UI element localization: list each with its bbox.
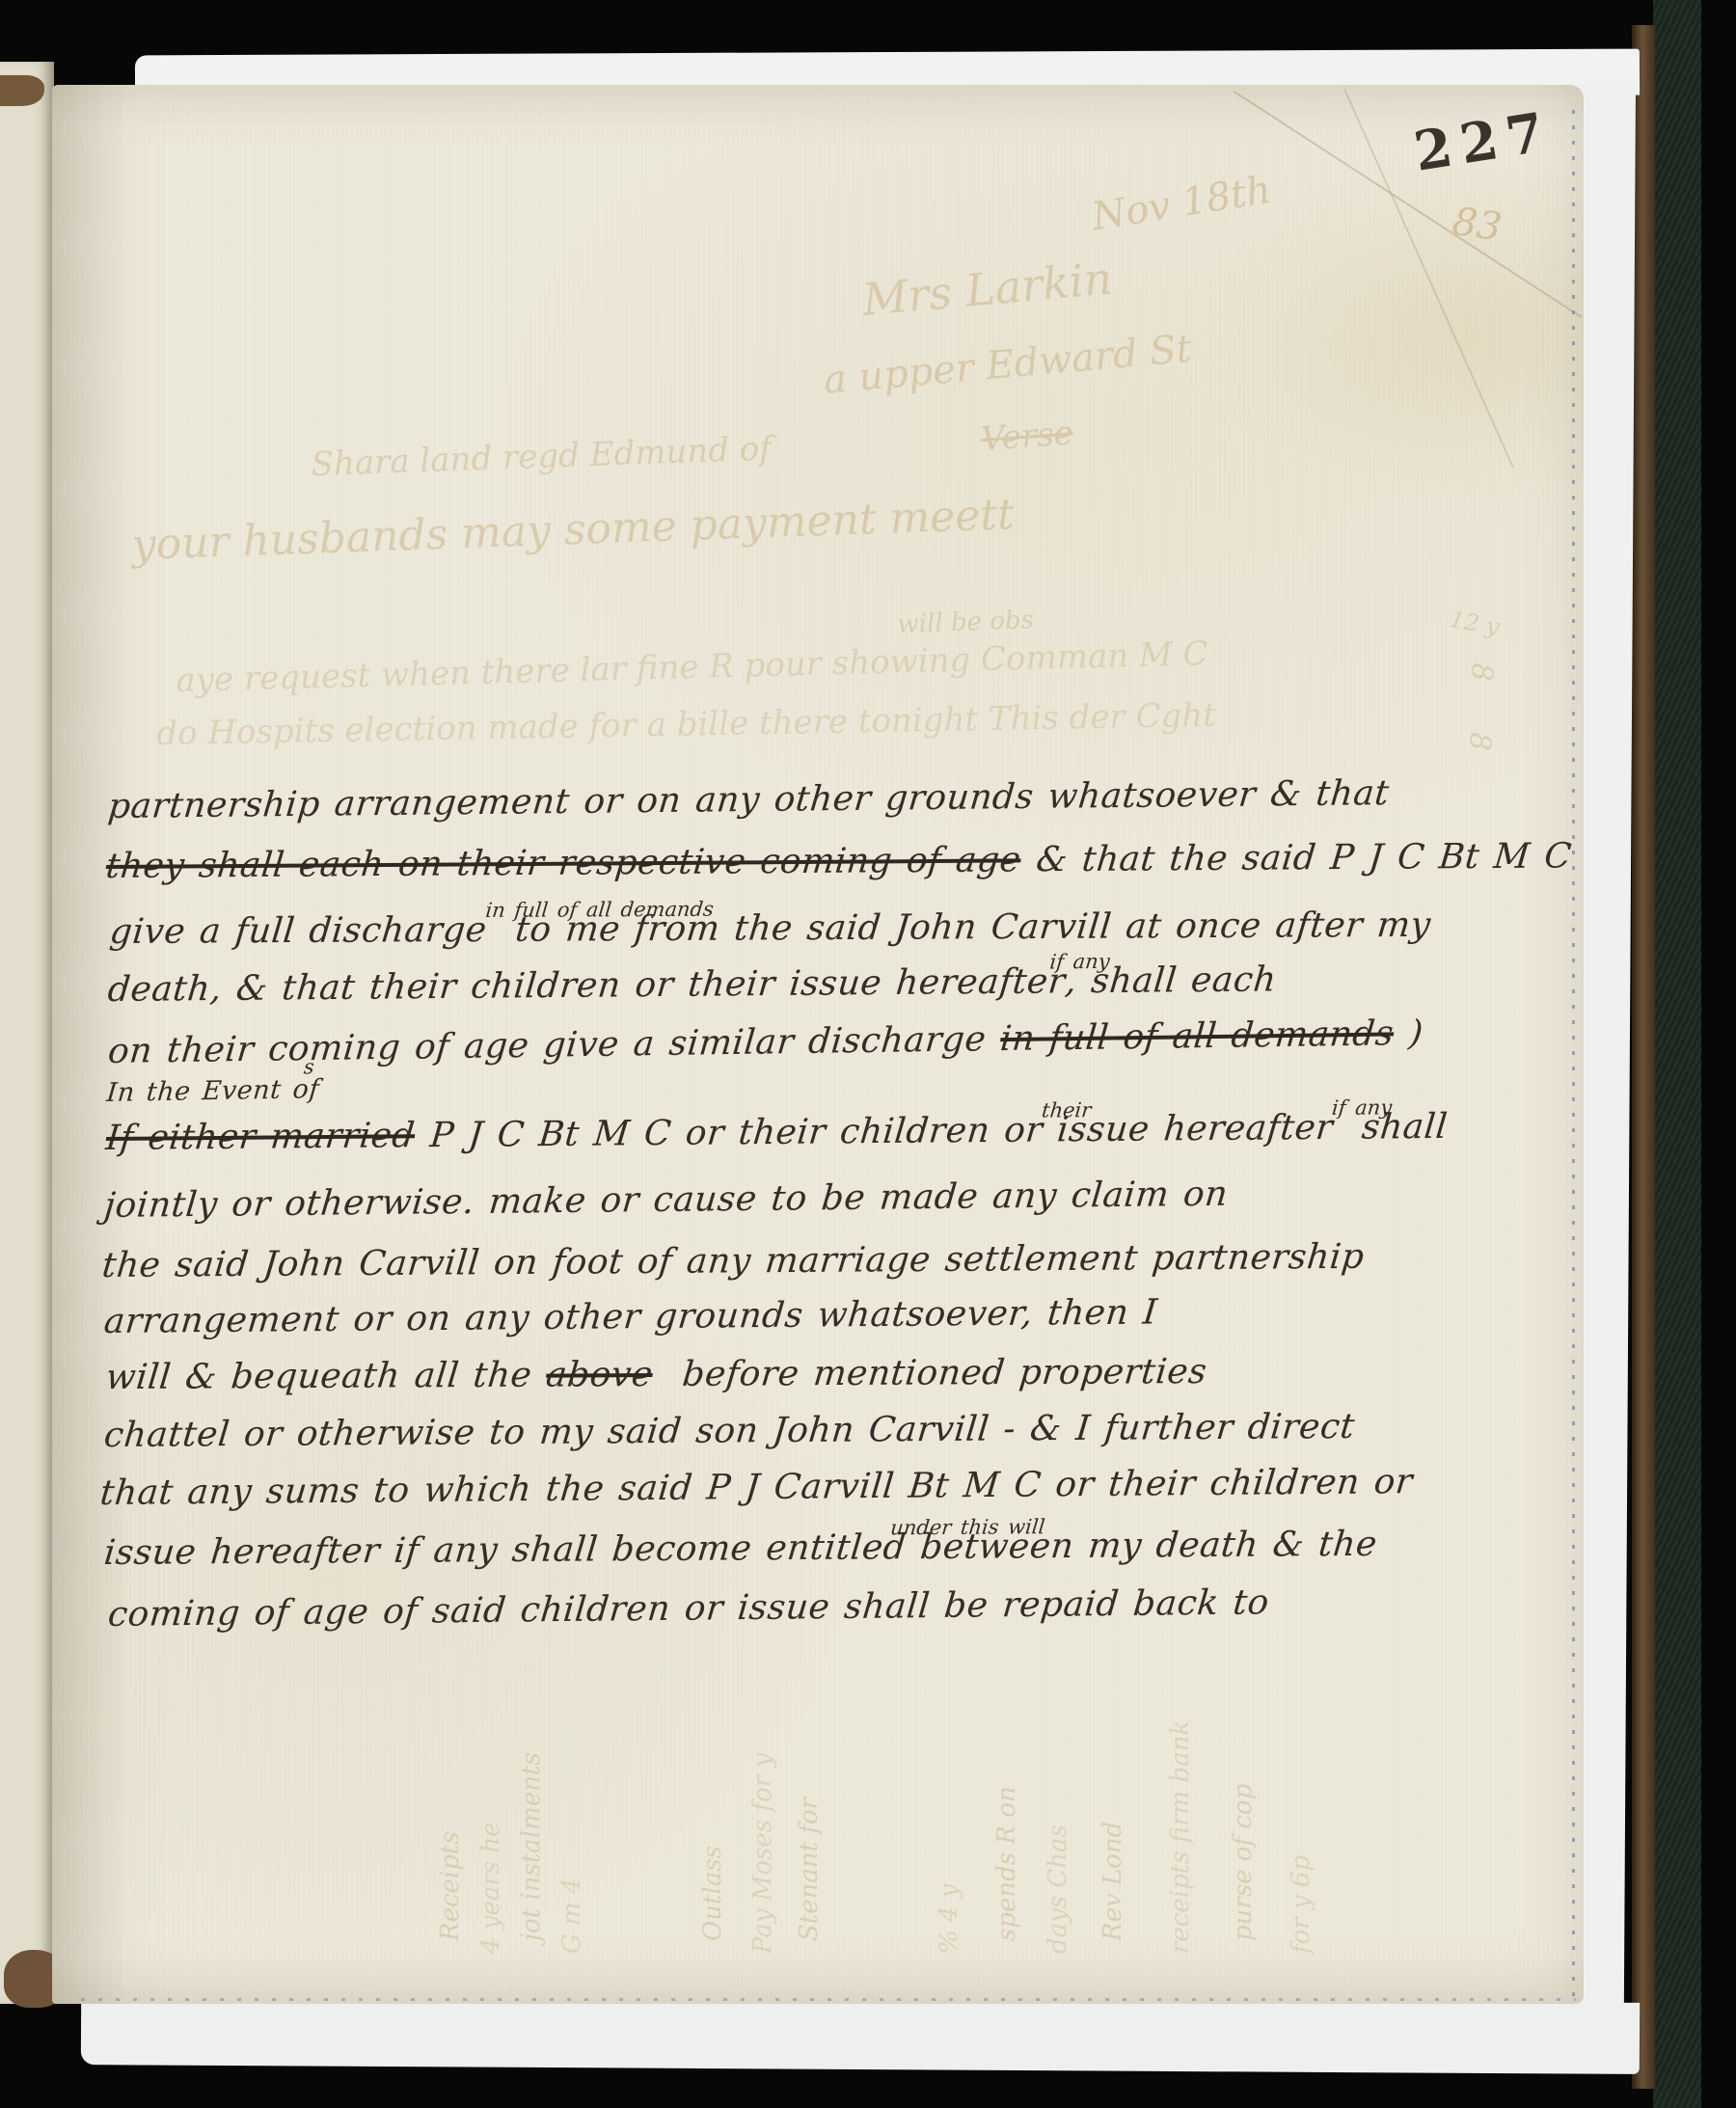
- vertical-bleedthrough-fragment: Receipts: [436, 1831, 465, 1941]
- vertical-bleedthrough-fragment: days Chas: [1044, 1824, 1072, 1954]
- manuscript-line: jointly or otherwise. make or cause to b…: [102, 1175, 1230, 1226]
- manuscript-text: will & bequeath all the: [104, 1356, 548, 1397]
- manuscript-text: coming of age of said children or issue …: [106, 1582, 1271, 1635]
- manuscript-line: If either marriedP J C Bt M C or their c…: [104, 1107, 1450, 1158]
- underpage-edge-bottom: [81, 1993, 1640, 2074]
- vertical-bleedthrough-fragment: jot instalments: [517, 1752, 546, 1941]
- manuscript-text: death, & that their children or their is…: [106, 961, 1067, 1010]
- manuscript-text: that any sums to which the said P J Carv…: [98, 1462, 1415, 1513]
- struck-through-text: If either married: [104, 1116, 417, 1158]
- manuscript-text: issue hereafter if any shall become enti…: [102, 1527, 908, 1573]
- struck-through-text: above: [544, 1355, 654, 1395]
- manuscript-line: the said John Carvill on foot of any mar…: [100, 1237, 1366, 1285]
- manuscript-text: ): [1407, 1013, 1424, 1053]
- manuscript-text: before mentioned properties: [666, 1352, 1209, 1394]
- manuscript-line: coming of age of said children or issue …: [106, 1582, 1271, 1635]
- book-cover-edge: [1653, 0, 1701, 2108]
- bleedthrough-line: aye request when there lar fine R pour s…: [176, 635, 1208, 700]
- margin-bleedthrough-mark: 8: [1462, 732, 1497, 751]
- blue-stitch-line-bottom: [81, 1998, 1576, 2001]
- manuscript-line: issue hereafter if any shall become enti…: [102, 1525, 1379, 1573]
- vertical-bleedthrough-fragment: Stenant for: [795, 1797, 824, 1941]
- manuscript-text: partnership arrangement or on any other …: [106, 773, 1391, 826]
- manuscript-line: death, & that their children or their is…: [106, 959, 1278, 1010]
- manuscript-line: they shall each on their respective comi…: [104, 836, 1574, 886]
- manuscript-text: & that the said P J C Bt M C: [1034, 836, 1573, 879]
- manuscript-line: that any sums to which the said P J Carv…: [98, 1462, 1415, 1513]
- bleedthrough-line: will be obs: [897, 606, 1034, 639]
- vertical-bleedthrough-fragment: purse of cop: [1229, 1784, 1258, 1941]
- margin-bleedthrough-mark: 12 y: [1448, 606, 1502, 641]
- underpage-edge-left: [0, 62, 54, 2004]
- manuscript-line: chattel or otherwise to my said son John…: [102, 1407, 1357, 1455]
- manuscript-line: give a full discharge in full of all dem…: [108, 905, 1433, 952]
- bleedthrough-line: do Hospits election made for a bille the…: [156, 696, 1216, 753]
- struck-through-text: in full of all demands: [998, 1013, 1395, 1059]
- struck-through-text: they shall each on their respective comi…: [104, 840, 1022, 886]
- manuscript-text: on their coming of age give a similar di…: [106, 1019, 1002, 1071]
- pencil-note: 83: [1450, 200, 1505, 251]
- faded-address-line: a upper Edward St: [822, 327, 1193, 403]
- vertical-bleedthrough-fragment: for y 6p: [1287, 1855, 1316, 1954]
- page-number-stamp: 227: [1410, 99, 1557, 184]
- manuscript-line: will & bequeath all the above before men…: [104, 1352, 1208, 1397]
- manuscript-line: In the Event ofs: [105, 1074, 320, 1108]
- book-scan: 227 83 Nov 18th Mrs Larkin a upper Edwar…: [0, 0, 1736, 2108]
- manuscript-text: give a full discharge: [108, 910, 503, 952]
- manuscript-text: chattel or otherwise to my said son John…: [102, 1407, 1357, 1455]
- manuscript-text: issue hereafter: [1055, 1108, 1349, 1150]
- manuscript-line: partnership arrangement or on any other …: [106, 773, 1391, 826]
- vertical-bleedthrough-fragment: Outlass: [698, 1846, 727, 1941]
- margin-bleedthrough-mark: 8: [1464, 662, 1499, 682]
- faded-date-line: Nov 18th: [1089, 168, 1274, 240]
- manuscript-text: the said John Carvill on foot of any mar…: [100, 1237, 1366, 1285]
- bleedthrough-line: your husbands may some payment meett: [131, 490, 1015, 570]
- binding-sliver-top-left: [0, 75, 44, 106]
- page-stack-edge: [1632, 25, 1655, 2089]
- vertical-bleedthrough-fragment: Rev Lond: [1099, 1822, 1127, 1941]
- vertical-bleedthrough-fragment: % 4 y: [935, 1884, 963, 1954]
- vertical-bleedthrough-fragment: G m 4: [557, 1878, 586, 1955]
- vertical-bleedthrough-fragment: receipts firm bank: [1166, 1720, 1195, 1954]
- manuscript-page: 227 83 Nov 18th Mrs Larkin a upper Edwar…: [52, 85, 1584, 2004]
- vertical-bleedthrough-fragment: spends R on: [992, 1786, 1021, 1941]
- manuscript-text: P J C Bt M C or their children or: [428, 1110, 1059, 1155]
- manuscript-text: In the Event of: [105, 1074, 320, 1108]
- vertical-bleedthrough-fragment: Pay Moses for y: [748, 1753, 777, 1954]
- manuscript-text: arrangement or on any other grounds what…: [102, 1292, 1159, 1341]
- manuscript-text: jointly or otherwise. make or cause to b…: [102, 1175, 1230, 1226]
- blue-stitch-line-right: [1572, 110, 1575, 1998]
- manuscript-line: arrangement or on any other grounds what…: [102, 1292, 1159, 1341]
- faded-struck-word: Verse: [980, 414, 1074, 459]
- vertical-bleedthrough-fragment: 4 years he: [476, 1822, 505, 1954]
- faded-name-line: Mrs Larkin: [860, 252, 1114, 325]
- bleedthrough-line: Shara land regd Edmund of: [311, 429, 772, 484]
